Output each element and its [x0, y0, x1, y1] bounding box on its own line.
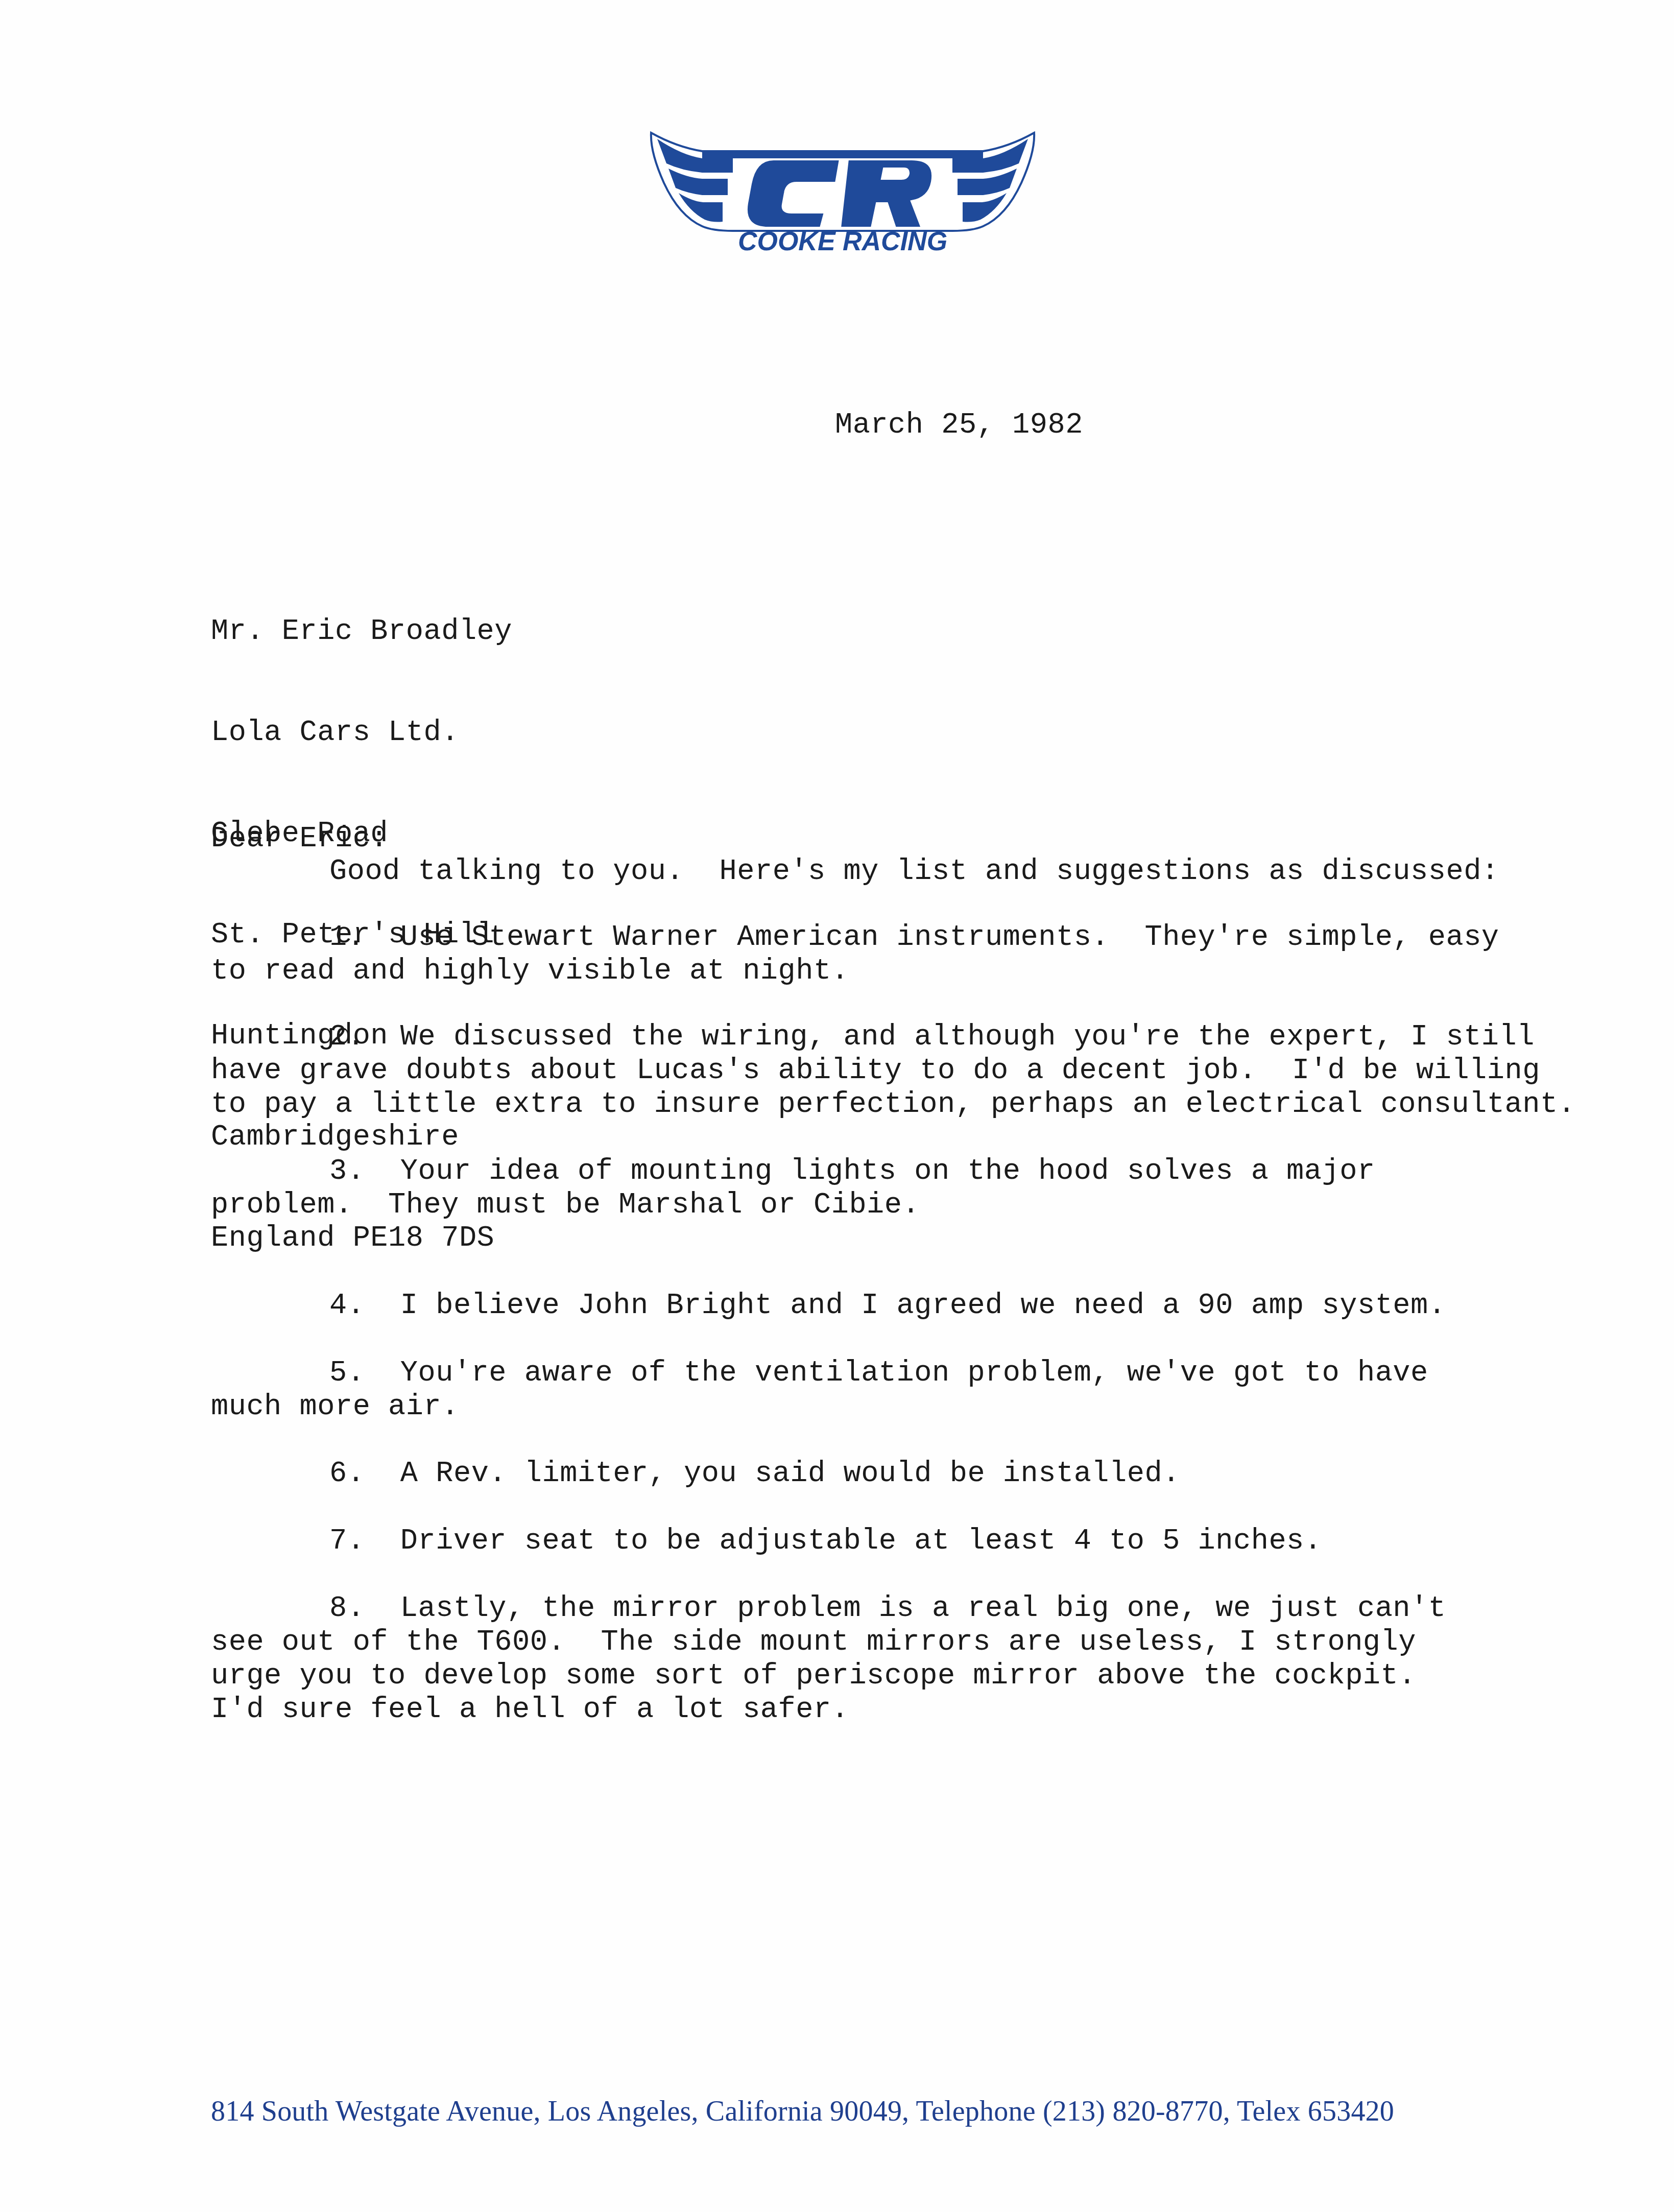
- paragraph-line: to pay a little extra to insure perfecti…: [211, 1088, 1518, 1122]
- svg-text:COOKE RACING: COOKE RACING: [738, 227, 947, 254]
- recipient-company: Lola Cars Ltd.: [211, 716, 512, 750]
- salutation: Dear Eric:: [211, 822, 388, 856]
- paragraph-line: 4. I believe John Bright and I agreed we…: [211, 1289, 1518, 1323]
- recipient-country-postcode: England PE18 7DS: [211, 1222, 512, 1255]
- winged-cr-logo-icon: COOKE RACING: [646, 122, 1039, 254]
- paragraph-line: 2. We discussed the wiring, and although…: [211, 1020, 1518, 1054]
- paragraph-line: problem. They must be Marshal or Cibie.: [211, 1188, 1518, 1222]
- paragraph-line: 3. Your idea of mounting lights on the h…: [211, 1155, 1518, 1188]
- paragraph-line: 5. You're aware of the ventilation probl…: [211, 1357, 1518, 1390]
- letter-date: March 25, 1982: [835, 409, 1083, 442]
- recipient-county: Cambridgeshire: [211, 1121, 512, 1154]
- paragraph-line: to read and highly visible at night.: [211, 955, 1518, 988]
- paragraph-line: 7. Driver seat to be adjustable at least…: [211, 1525, 1518, 1558]
- recipient-name: Mr. Eric Broadley: [211, 615, 512, 649]
- paragraph-line: I'd sure feel a hell of a lot safer.: [211, 1693, 1518, 1727]
- intro-paragraph: Good talking to you. Here's my list and …: [211, 855, 1518, 889]
- paragraph-line: 8. Lastly, the mirror problem is a real …: [211, 1592, 1518, 1626]
- paragraph-line: much more air.: [211, 1390, 1518, 1424]
- paragraph-line: 6. A Rev. limiter, you said would be ins…: [211, 1457, 1518, 1491]
- paragraph-line: urge you to develop some sort of perisco…: [211, 1659, 1518, 1693]
- list-item-1: 1. Use Stewart Warner American instrumen…: [211, 921, 1518, 988]
- list-item-7: 7. Driver seat to be adjustable at least…: [211, 1525, 1518, 1558]
- paragraph-line: 1. Use Stewart Warner American instrumen…: [211, 921, 1518, 955]
- cooke-racing-logo: COOKE RACING: [646, 122, 1039, 254]
- list-item-2: 2. We discussed the wiring, and although…: [211, 1020, 1518, 1122]
- letterhead-footer-address: 814 South Westgate Avenue, Los Angeles, …: [211, 2095, 1394, 2128]
- list-item-8: 8. Lastly, the mirror problem is a real …: [211, 1592, 1518, 1727]
- list-item-5: 5. You're aware of the ventilation probl…: [211, 1357, 1518, 1424]
- list-item-6: 6. A Rev. limiter, you said would be ins…: [211, 1457, 1518, 1491]
- list-item-4: 4. I believe John Bright and I agreed we…: [211, 1289, 1518, 1323]
- paragraph-line: see out of the T600. The side mount mirr…: [211, 1626, 1518, 1659]
- paragraph-line: Good talking to you. Here's my list and …: [211, 855, 1518, 889]
- paragraph-line: have grave doubts about Lucas's ability …: [211, 1054, 1518, 1088]
- list-item-3: 3. Your idea of mounting lights on the h…: [211, 1155, 1518, 1222]
- letter-page: COOKE RACING March 25, 1982 Mr. Eric Bro…: [0, 0, 1674, 2212]
